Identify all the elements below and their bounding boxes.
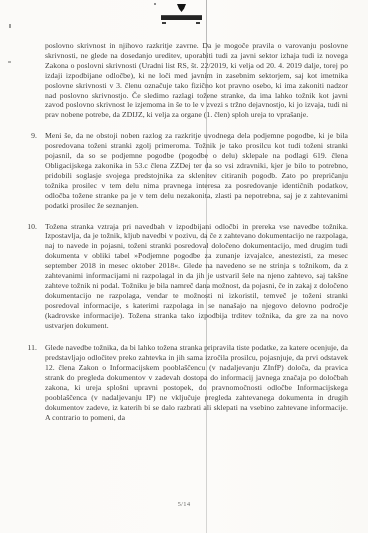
paragraph-10: 10. Tožena stranka vztraja pri navedbah … <box>24 222 348 331</box>
paragraph-text: Glede navedbe tožnika, da bi lahko tožen… <box>45 343 348 422</box>
paragraph-number: 9. <box>24 131 37 141</box>
paragraph-number: 10. <box>24 222 37 232</box>
paragraph-continuation: poslovno skrivnost in njihovo razkritje … <box>24 41 348 120</box>
stamp-speck <box>154 3 156 5</box>
scan-artifact <box>8 61 11 63</box>
paragraph-text: Tožena stranka vztraja pri navedbah v iz… <box>45 222 348 331</box>
stamp-dot-right <box>196 22 200 24</box>
scanned-document-page: poslovno skrivnost in njihovo razkritje … <box>0 0 368 533</box>
paragraph-number: 11. <box>24 343 37 353</box>
stamp-emblem-wedge <box>177 4 186 12</box>
paragraph-9: 9. Meni še, da ne obstoji noben razlog z… <box>24 131 348 210</box>
document-body: poslovno skrivnost in njihovo razkritje … <box>24 41 348 434</box>
paragraph-text: Meni še, da ne obstoji noben razlog za r… <box>45 131 348 210</box>
stamp-icon <box>150 0 210 28</box>
paragraph-text: poslovno skrivnost in njihovo razkritje … <box>45 41 348 120</box>
paragraph-11: 11. Glede navedbe tožnika, da bi lahko t… <box>24 343 348 422</box>
page-number: 5/14 <box>0 501 368 508</box>
stamp-dot-left <box>162 22 166 24</box>
stamp-bar <box>161 15 202 20</box>
scan-artifact <box>9 24 11 28</box>
